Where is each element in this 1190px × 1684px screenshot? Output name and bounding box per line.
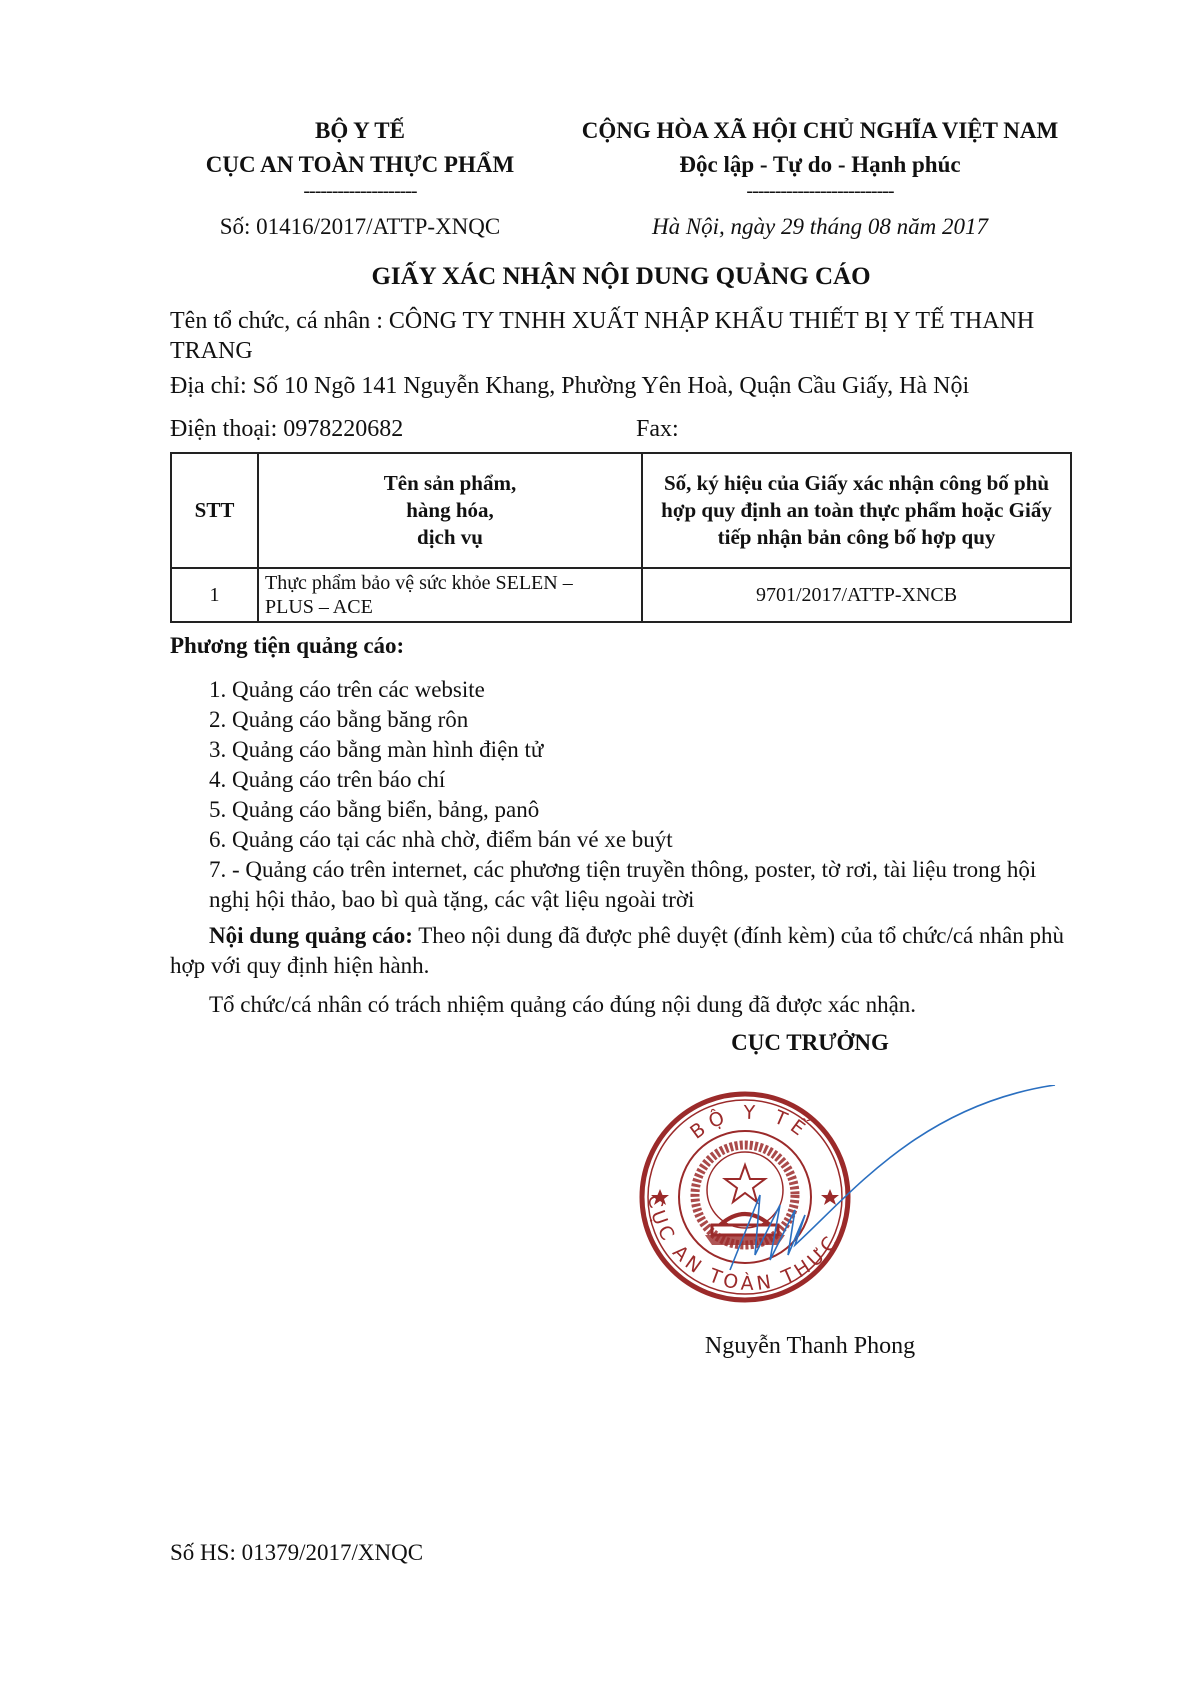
organization-address: Địa chỉ: Số 10 Ngõ 141 Nguyễn Khang, Phư… [170, 371, 1090, 401]
media-item: 4. Quảng cáo trên báo chí [209, 765, 1079, 795]
content-label: Nội dung quảng cáo: [209, 923, 413, 948]
nation-name: CỘNG HÒA XÃ HỘI CHỦ NGHĨA VIỆT NAM [560, 118, 1080, 144]
header-certificate-number: Số, ký hiệu của Giấy xác nhận công bố ph… [642, 453, 1071, 568]
left-divider: -------------------- [180, 180, 540, 203]
organization-fax: Fax: [636, 414, 679, 444]
signer-name: Nguyễn Thanh Phong [640, 1333, 980, 1360]
media-item: 5. Quảng cáo bằng biển, bảng, panô [209, 795, 1079, 825]
header-product-name: Tên sản phẩm, hàng hóa, dịch vụ [258, 453, 642, 568]
header-stt: STT [171, 453, 258, 568]
media-item: 3. Quảng cáo bằng màn hình điện tử [209, 735, 1079, 765]
agency-name: CỤC AN TOÀN THỰC PHẨM [180, 152, 540, 178]
table-row: 1 Thực phẩm bảo vệ sức khỏe SELEN – PLUS… [171, 568, 1071, 622]
row-product-name: Thực phẩm bảo vệ sức khỏe SELEN – PLUS –… [258, 568, 642, 622]
media-heading: Phương tiện quảng cáo: [170, 633, 404, 659]
media-item: 6. Quảng cáo tại các nhà chờ, điểm bán v… [209, 825, 1079, 855]
media-list: 1. Quảng cáo trên các website 2. Quảng c… [209, 675, 1079, 915]
media-item: 2. Quảng cáo bằng băng rôn [209, 705, 1079, 735]
content-paragraph: Nội dung quảng cáo: Theo nội dung đã đượ… [170, 921, 1085, 981]
official-seal-and-signature: BỘ Y TẾ CỤC AN TOÀN THỰC PHẨM [620, 1085, 1060, 1315]
organization-phone: Điện thoại: 0978220682 [170, 414, 403, 444]
seal-icon: BỘ Y TẾ CỤC AN TOÀN THỰC PHẨM [620, 1085, 849, 1300]
document-number: Số: 01416/2017/ATTP-XNQC [180, 214, 540, 240]
table-header-row: STT Tên sản phẩm, hàng hóa, dịch vụ Số, … [171, 453, 1071, 568]
place-date: Hà Nội, ngày 29 tháng 08 năm 2017 [560, 214, 1080, 240]
ministry-name: BỘ Y TẾ [180, 118, 540, 144]
file-number: Số HS: 01379/2017/XNQC [170, 1540, 423, 1566]
media-item: 1. Quảng cáo trên các website [209, 675, 1079, 705]
organization-name: Tên tổ chức, cá nhân : CÔNG TY TNHH XUẤT… [170, 306, 1050, 366]
national-motto: Độc lập - Tự do - Hạnh phúc [560, 152, 1080, 178]
product-table: STT Tên sản phẩm, hàng hóa, dịch vụ Số, … [170, 452, 1072, 623]
right-divider: -------------------------- [560, 180, 1080, 203]
media-item: 7. - Quảng cáo trên internet, các phương… [209, 855, 1069, 915]
row-certificate-number: 9701/2017/ATTP-XNCB [642, 568, 1071, 622]
signer-title: CỤC TRƯỞNG [640, 1030, 980, 1056]
responsibility-statement: Tổ chức/cá nhân có trách nhiệm quảng cáo… [209, 990, 1089, 1020]
row-stt: 1 [171, 568, 258, 622]
document-title: GIẤY XÁC NHẬN NỘI DUNG QUẢNG CÁO [170, 263, 1072, 291]
